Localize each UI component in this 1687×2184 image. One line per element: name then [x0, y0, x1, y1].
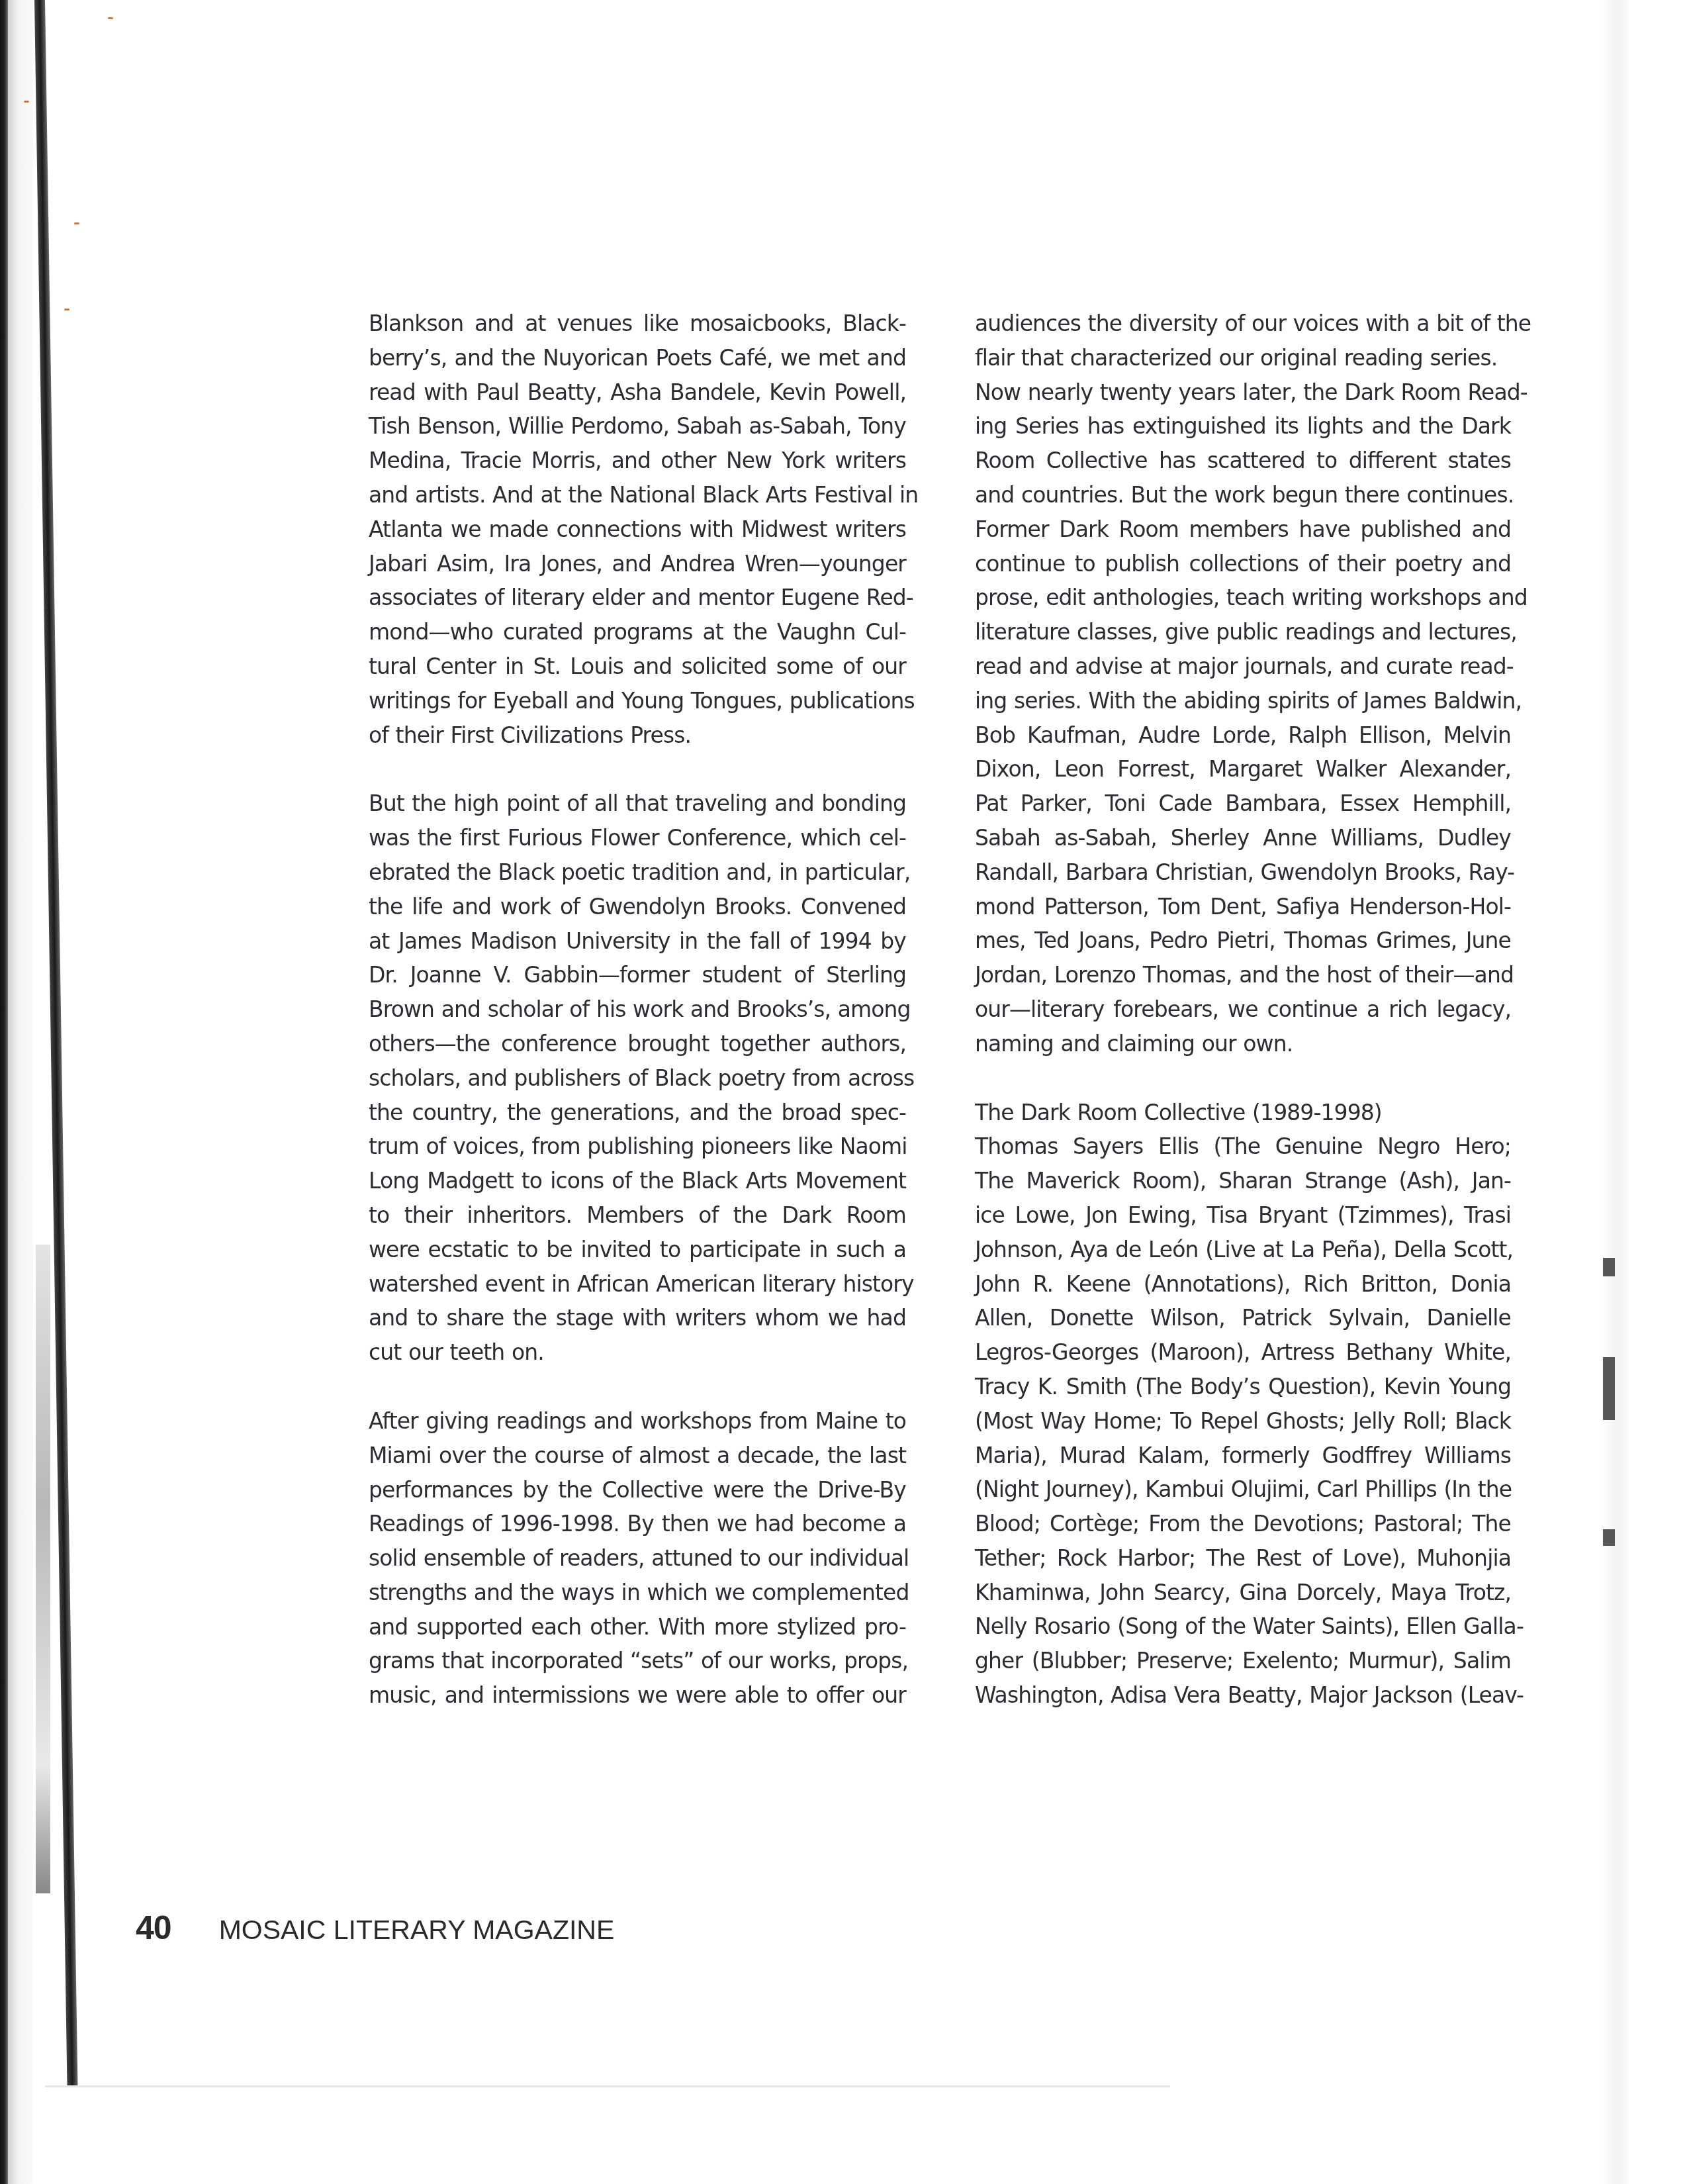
publication-title: MOSAIC LITERARY MAGAZINE: [219, 1915, 615, 1946]
paragraph-legacy: audiences the diversity of our voices wi…: [975, 307, 1511, 1061]
text-line: were ecstatic to be invited to participa…: [369, 1233, 906, 1267]
text-line: Jordan, Lorenzo Thomas, and the host of …: [975, 958, 1511, 992]
text-line: at James Madison University in the fall …: [369, 924, 906, 959]
member-line: John R. Keene (Annotations), Rich Britto…: [975, 1267, 1511, 1302]
text-line: cut our teeth on.: [369, 1335, 906, 1370]
text-line: Tish Benson, Willie Perdomo, Sabah as-Sa…: [369, 409, 906, 444]
text-line: But the high point of all that traveling…: [369, 786, 906, 821]
text-line: ing Series has extinguished its lights a…: [975, 409, 1511, 444]
text-line: the life and work of Gwendolyn Brooks. C…: [369, 890, 906, 924]
text-line: solid ensemble of readers, attuned to ou…: [369, 1541, 906, 1576]
text-line: Jabari Asim, Ira Jones, and Andrea Wren—…: [369, 547, 906, 581]
text-line: of their First Civilizations Press.: [369, 718, 906, 753]
text-line: associates of literary elder and mentor …: [369, 581, 906, 615]
scan-binding-gap: [8, 0, 33, 2184]
scan-speck: [64, 309, 69, 310]
member-list-heading: The Dark Room Collective (1989-1998): [975, 1096, 1511, 1130]
scan-speck: [108, 17, 113, 19]
scan-speck: [74, 222, 79, 224]
member-line: Maria), Murad Kalam, formerly Godffrey W…: [975, 1439, 1511, 1473]
page-footer: 40 MOSAIC LITERARY MAGAZINE: [136, 1909, 614, 1947]
scan-speck: [24, 101, 29, 103]
scan-right-mark: [1603, 1258, 1615, 1276]
text-line: music, and intermissions we were able to…: [369, 1678, 906, 1713]
paragraph-venues: Blankson and at venues like mosaicbooks,…: [369, 307, 906, 752]
text-line: Pat Parker, Toni Cade Bambara, Essex Hem…: [975, 786, 1511, 821]
text-line: prose, edit anthologies, teach writing w…: [975, 581, 1511, 615]
text-line: Long Madgett to icons of the Black Arts …: [369, 1164, 906, 1198]
member-line: Washington, Adisa Vera Beatty, Major Jac…: [975, 1678, 1511, 1713]
member-line: Thomas Sayers Ellis (The Genuine Negro H…: [975, 1129, 1511, 1164]
text-line: Miami over the course of almost a decade…: [369, 1439, 906, 1473]
member-line: Johnson, Aya de León (Live at La Peña), …: [975, 1233, 1511, 1267]
member-line: Legros-Georges (Maroon), Artress Bethany…: [975, 1335, 1511, 1370]
text-line: read with Paul Beatty, Asha Bandele, Kev…: [369, 375, 906, 410]
text-line: Dr. Joanne V. Gabbin—former student of S…: [369, 958, 906, 992]
page-number: 40: [136, 1909, 171, 1947]
paragraph-drive-by-readings: After giving readings and workshops from…: [369, 1404, 906, 1713]
scan-right-mark: [1603, 1529, 1615, 1546]
text-line: mes, Ted Joans, Pedro Pietri, Thomas Gri…: [975, 924, 1511, 958]
text-line: flair that characterized our original re…: [975, 341, 1511, 375]
member-line: The Maverick Room), Sharan Strange (Ash)…: [975, 1164, 1511, 1198]
text-line: to their inheritors. Members of the Dark…: [369, 1198, 906, 1233]
text-line: was the first Furious Flower Conference,…: [369, 821, 906, 855]
text-line: continue to publish collections of their…: [975, 547, 1511, 581]
text-line: mond—who curated programs at the Vaughn …: [369, 615, 906, 649]
text-line: others—the conference brought together a…: [369, 1027, 906, 1061]
scan-binding-edge: [0, 0, 8, 2184]
paragraph-furious-flower: But the high point of all that traveling…: [369, 786, 906, 1370]
text-line: watershed event in African American lite…: [369, 1267, 906, 1302]
member-line: Tracy K. Smith (The Body’s Question), Ke…: [975, 1370, 1511, 1404]
text-line: performances by the Collective were the …: [369, 1473, 906, 1507]
text-line: Medina, Tracie Morris, and other New Yor…: [369, 444, 906, 478]
text-line: the country, the generations, and the br…: [369, 1096, 906, 1130]
text-line: Blankson and at venues like mosaicbooks,…: [369, 307, 906, 341]
member-line: Nelly Rosario (Song of the Water Saints)…: [975, 1609, 1511, 1644]
text-line: Bob Kaufman, Audre Lorde, Ralph Ellison,…: [975, 718, 1511, 753]
text-line: After giving readings and workshops from…: [369, 1404, 906, 1439]
text-line: scholars, and publishers of Black poetry…: [369, 1061, 906, 1096]
text-line: mond Patterson, Tom Dent, Safiya Henders…: [975, 890, 1511, 924]
text-line: naming and claiming our own.: [975, 1027, 1511, 1061]
text-line: and to share the stage with writers whom…: [369, 1301, 906, 1335]
member-line: (Night Journey), Kambui Olujimi, Carl Ph…: [975, 1472, 1511, 1507]
right-column: audiences the diversity of our voices wi…: [975, 307, 1511, 1713]
text-line: Readings of 1996-1998. By then we had be…: [369, 1507, 906, 1541]
text-line: grams that incorporated “sets” of our wo…: [369, 1644, 906, 1678]
text-line: strengths and the ways in which we compl…: [369, 1576, 906, 1610]
text-line: writings for Eyeball and Young Tongues, …: [369, 684, 906, 718]
text-line: Dixon, Leon Forrest, Margaret Walker Ale…: [975, 752, 1511, 786]
member-line: gher (Blubber; Preserve; Exelento; Murmu…: [975, 1644, 1511, 1678]
text-line: audiences the diversity of our voices wi…: [975, 307, 1511, 341]
member-line: Allen, Donette Wilson, Patrick Sylvain, …: [975, 1301, 1511, 1335]
text-line: trum of voices, from publishing pioneers…: [369, 1129, 906, 1164]
text-line: Former Dark Room members have published …: [975, 512, 1511, 547]
text-line: and countries. But the work begun there …: [975, 478, 1511, 512]
scan-bottom-edge: [45, 2085, 1170, 2087]
member-line: ice Lowe, Jon Ewing, Tisa Bryant (Tzimme…: [975, 1198, 1511, 1233]
text-line: tural Center in St. Louis and solicited …: [369, 649, 906, 684]
text-line: Now nearly twenty years later, the Dark …: [975, 375, 1511, 410]
member-list: The Dark Room Collective (1989-1998) Tho…: [975, 1096, 1511, 1713]
text-line: literature classes, give public readings…: [975, 615, 1511, 649]
text-line: Room Collective has scattered to differe…: [975, 444, 1511, 478]
scan-right-mark: [1603, 1357, 1615, 1420]
member-line: Khaminwa, John Searcy, Gina Dorcely, May…: [975, 1576, 1511, 1610]
text-line: read and advise at major journals, and c…: [975, 649, 1511, 684]
text-line: Brown and scholar of his work and Brooks…: [369, 992, 906, 1027]
text-line: and supported each other. With more styl…: [369, 1610, 906, 1644]
text-line: Randall, Barbara Christian, Gwendolyn Br…: [975, 855, 1511, 890]
member-line: Tether; Rock Harbor; The Rest of Love), …: [975, 1541, 1511, 1576]
member-line: Blood; Cortège; From the Devotions; Past…: [975, 1507, 1511, 1541]
scan-page-edge-highlight: [36, 1245, 50, 1893]
text-line: ebrated the Black poetic tradition and, …: [369, 855, 906, 890]
text-line: Atlanta we made connections with Midwest…: [369, 512, 906, 547]
left-column: Blankson and at venues like mosaicbooks,…: [369, 307, 906, 1713]
text-line: and artists. And at the National Black A…: [369, 478, 906, 512]
scan-right-edge: [1602, 0, 1628, 2184]
member-line: (Most Way Home; To Repel Ghosts; Jelly R…: [975, 1404, 1511, 1439]
text-line: ing series. With the abiding spirits of …: [975, 684, 1511, 718]
text-line: berry’s, and the Nuyorican Poets Café, w…: [369, 341, 906, 375]
text-line: our—literary forebears, we continue a ri…: [975, 992, 1511, 1027]
text-line: Sabah as-Sabah, Sherley Anne Williams, D…: [975, 821, 1511, 855]
